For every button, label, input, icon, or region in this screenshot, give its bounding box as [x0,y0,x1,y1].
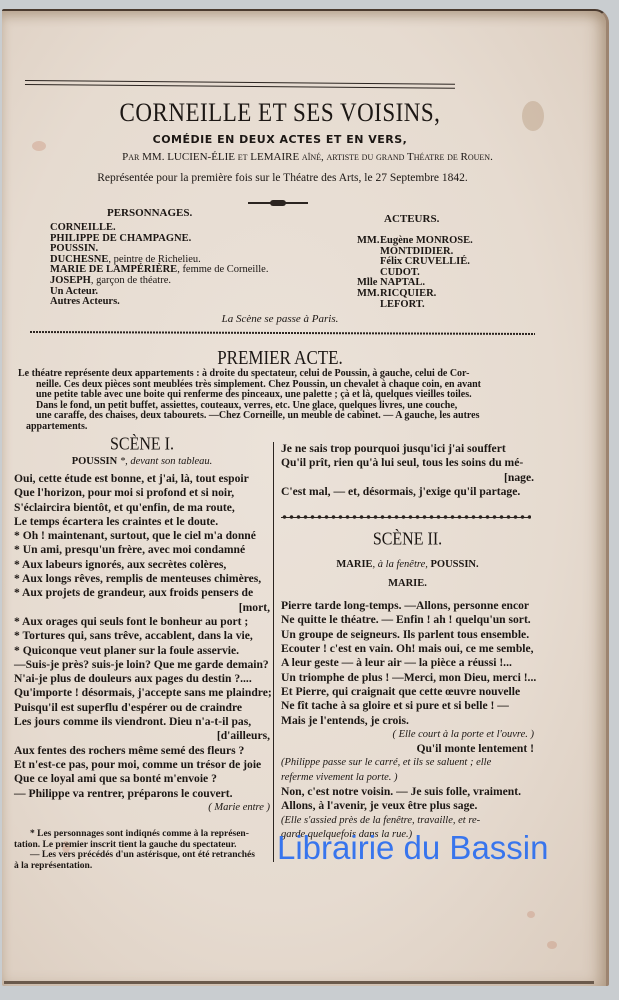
verse-line: * Aux projets de grandeur, aux froids pe… [14,586,270,600]
verse-line: Qu'il prît, rien qu'à lui seul, tous les… [281,456,534,470]
verse-line: Et n'est-ce pas, pour moi, comme un trés… [14,758,270,772]
footnotes: * Les personnages sont indiqnés comme à … [14,829,270,871]
character-note: *, devant son tableau. [117,456,212,467]
verse-line: — Philippe va rentrer, préparons le couv… [14,787,270,801]
diamond-divider [281,513,531,521]
scene-location: La Scène se passe à Paris. [0,313,560,325]
personnages-heading: PERSONNAGES. [107,207,192,219]
scene-2-verse: Pierre tarde long-temps. —Allons, person… [281,599,534,842]
stage-direction-line: ( Elle court à la porte et l'ouvre. ) [281,728,534,742]
acteur-prefix [357,247,380,258]
verse-line: * Un ami, presqu'un frère, avec moi cond… [14,543,270,557]
verse-line: Un triomphe de plus ! —Merci, mon Dieu, … [281,671,534,685]
personnage-name: Autres Acteurs. [50,296,120,307]
acteur-prefix: MM. [357,289,380,300]
verse-line: Ecouter ! c'est en vain. Oh! mais oui, c… [281,642,534,656]
verse-line: Mais je l'entends, je crois. [281,714,534,728]
column-separator [273,442,274,862]
speaker-name: MARIE. [281,578,534,589]
personnage-item: Autres Acteurs. [50,297,268,308]
stage-direction-line: ( Marie entre ) [14,801,270,815]
verse-line: * Aux labeurs ignorés, aux secrètes colè… [14,558,270,572]
acteur-item: MM.RICQUIER. [357,289,473,300]
scene-2-characters: MARIE, à la fenêtre, POUSSIN. [281,559,534,570]
personnage-name: MARIE DE LAMPÉRIÈRE [50,264,177,275]
verse-line: A leur geste — à leur air — la pièce a r… [281,656,534,670]
verse-line: Et Pierre, qui craignait que cette œuvre… [281,685,534,699]
play-title: CORNEILLE ET SES VOISINS, [0,98,560,128]
stage-line: une caraffe, des chaises, deux tabourets… [18,411,536,422]
verse-line: [d'ailleurs, [14,729,270,743]
personnages-list: CORNEILLE.PHILIPPE DE CHAMPAGNE.POUSSIN.… [50,223,268,308]
act-title: PREMIER ACTE. [0,347,560,370]
watermark: Librairie du Bassin [277,829,548,867]
verse-line: * Oh ! maintenant, surtout, que le ciel … [14,529,270,543]
personnage-role: , garçon de théatre. [91,275,171,286]
verse-line: [mort, [14,601,270,615]
verse-line: * Tortures qui, sans trêve, accablent, d… [14,629,270,643]
verse-line: Pierre tarde long-temps. —Allons, person… [281,599,534,613]
acteur-item: LEFORT. [357,300,473,311]
personnage-name: PHILIPPE DE CHAMPAGNE. [50,233,191,244]
verse-line: Un groupe de seigneurs. Ils parlent tous… [281,628,534,642]
verse-line: Ne fît tache à sa gloire et si pure et s… [281,699,534,713]
verse-line: * Quiconque veut planer sur la foule ass… [14,644,270,658]
verse-line: S'éclaircira bientôt, et qu'enfin, de ma… [14,501,270,515]
acteur-name: LEFORT. [380,300,425,311]
footnote-line: à la représentation. [14,861,270,872]
verse-line: Le temps écartera les craintes et le dou… [14,515,270,529]
character-name: POUSSIN [72,456,118,467]
acteur-prefix [357,300,380,311]
verse-line: Que ce loyal ami que sa bonté m'envoie ? [14,772,270,786]
verse-line: C'est mal, — et, désormais, j'exige qu'i… [281,485,534,499]
acteurs-heading: ACTEURS. [384,213,439,225]
verse-line: * Aux orages qui seuls font le bonheur a… [14,615,270,629]
scene-1-title: SCÈNE I. [14,435,270,455]
verse-line: Aux fentes des rochers même semé des fle… [14,744,270,758]
play-subtitle: COMÉDIE EN DEUX ACTES ET EN VERS, [0,133,560,146]
scene-1-verse: Oui, cette étude est bonne, et j'ai, là,… [14,472,270,815]
stage-direction-line: referme vivement la porte. ) [281,771,534,785]
verse-line: Puisqu'il est superflu d'espérer ou de c… [14,701,270,715]
stage-direction-line: (Philippe passe sur le carré, et ils se … [281,756,534,770]
scene-1-characters: POUSSIN *, devant son tableau. [14,456,270,467]
footnote-line: * Les personnages sont indiqnés comme à … [14,829,270,840]
left-column: SCÈNE I. POUSSIN *, devant son tableau. … [14,436,270,871]
verse-line: Qu'il monte lentement ! [281,742,534,756]
personnage-name: JOSEPH [50,275,91,286]
verse-line: Allons, à l'avenir, je veux être plus sa… [281,799,534,813]
footnote-line: tation. Le premier inscrit tient la gauc… [14,840,270,851]
personnage-name: Un Acteur. [50,286,98,297]
acteur-name: Eugène MONROSE. [380,236,473,247]
verse-line: Je ne sais trop pourquoi jusqu'ici j'ai … [281,442,534,456]
right-column: Je ne sais trop pourquoi jusqu'ici j'ai … [281,442,534,842]
page-edge [4,981,594,984]
acteur-prefix: MM. [357,236,380,247]
play-authors: Par MM. LUCIEN-ÉLIE et LEMAIRE aîné, art… [0,151,615,163]
acteurs-list: MM.Eugène MONROSE.MONTDIDIER.Félix CRUVE… [357,236,473,310]
footnote-line: — Les vers précédés d'un astérisque, ont… [14,850,270,861]
character-name: POUSSIN. [430,559,478,570]
scene-2-title: SCÈNE II. [281,530,534,550]
verse-line: Non, c'est notre voisin. — Je suis folle… [281,785,534,799]
ornament-divider [248,202,308,204]
personnage-name: POUSSIN. [50,243,98,254]
character-note: , à la fenêtre, [373,559,431,570]
verse-line: N'ai-je plus de douleurs aux pages du de… [14,672,270,686]
verse-line: Oui, cette étude est bonne, et j'ai, là,… [14,472,270,486]
verse-line: * Aux longs rêves, remplis de menteuses … [14,572,270,586]
stage-line: Le théatre représente deux appartements … [18,369,536,380]
personnage-name: CORNEILLE. [50,222,116,233]
verse-line: Les jours comme ils viendront. Dieu n'a-… [14,715,270,729]
verse-line: Que l'horizon, pour moi si profond et si… [14,486,270,500]
acteur-name: RICQUIER. [380,289,436,300]
verse-line: [nage. [281,471,534,485]
stage-direction: Le théatre représente deux appartements … [18,369,536,433]
verse-line: Qu'importe ! désormais, j'accepte sans m… [14,686,270,700]
stage-direction-line: (Elle s'assied près de la fenêtre, trava… [281,814,534,828]
scene-1-verse-continued: Je ne sais trop pourquoi jusqu'ici j'ai … [281,442,534,499]
verse-line: —Suis-je près? suis-je loin? Que me gard… [14,658,270,672]
stage-line: appartements. [18,422,536,433]
personnage-role: , femme de Corneille. [177,264,268,275]
verse-line: Ne quitte le théatre. — Enfin ! ah ! que… [281,613,534,627]
acteur-item: MM.Eugène MONROSE. [357,236,473,247]
acteur-prefix [357,257,380,268]
premiere-info: Représentée pour la première fois sur le… [0,172,565,184]
character-name: MARIE [336,559,372,570]
